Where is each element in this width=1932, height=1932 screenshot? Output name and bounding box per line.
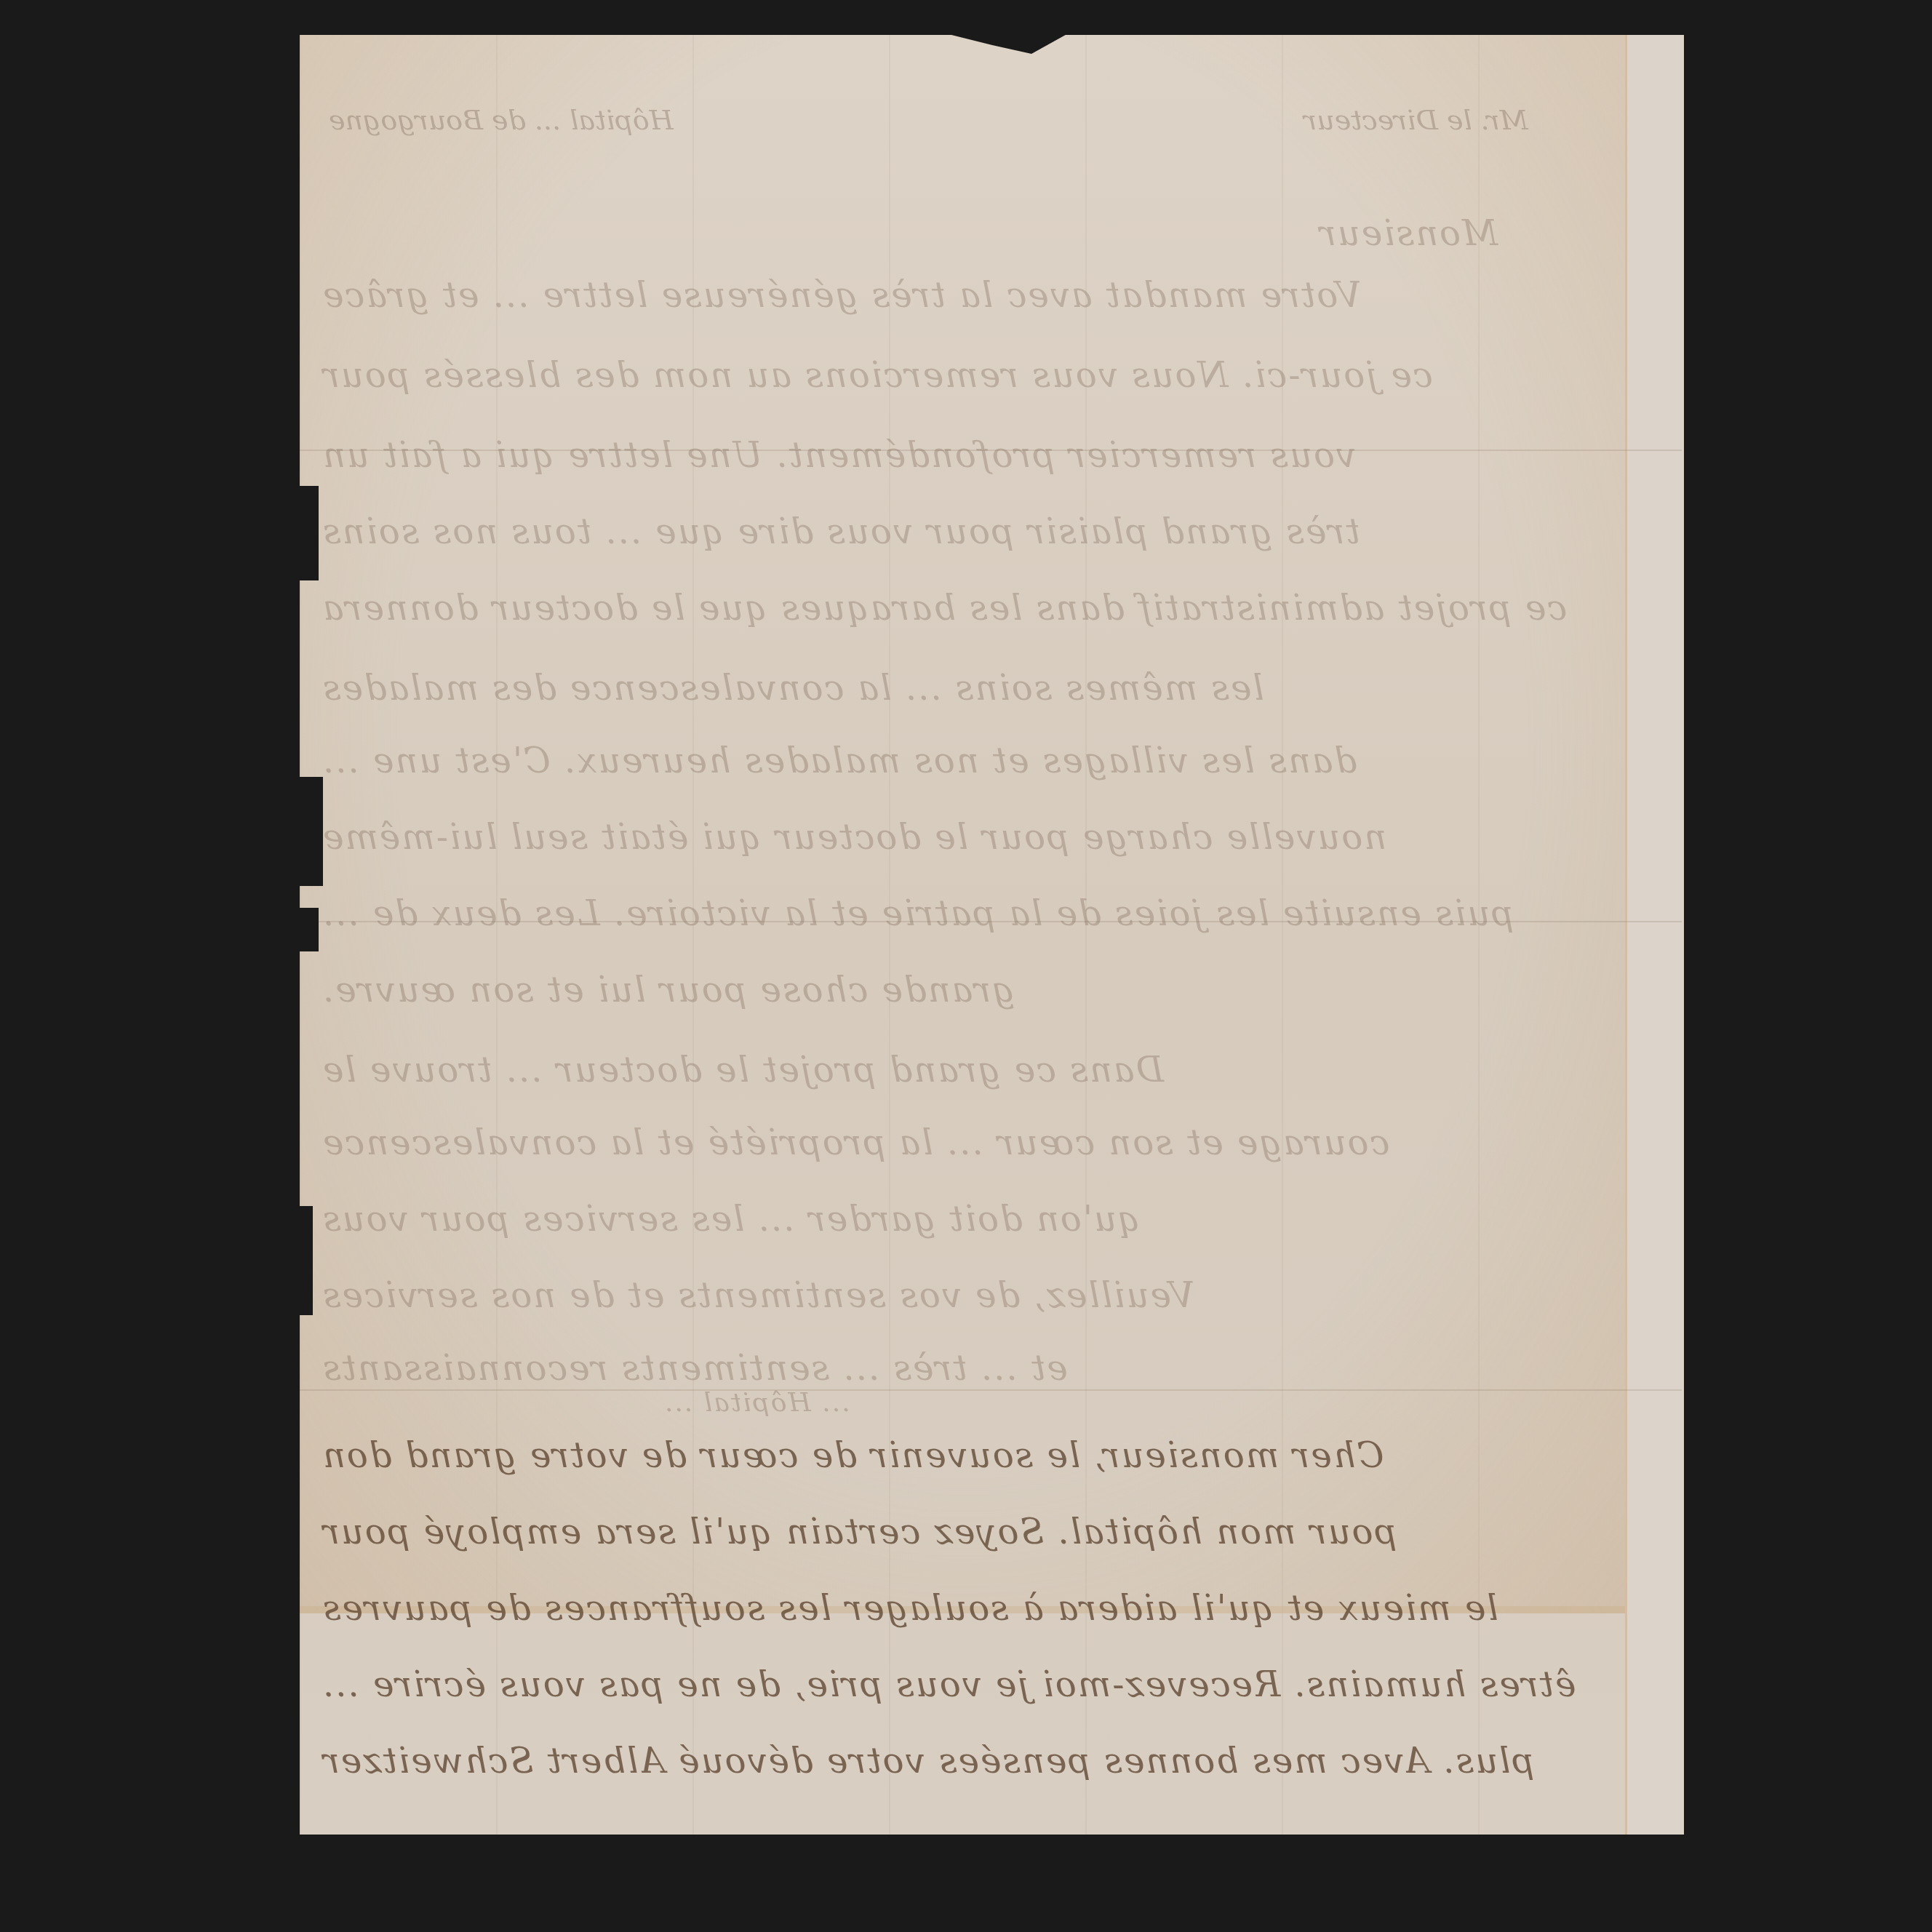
body-line: Veuillez, de vos sentiments et de nos se… [322,1275,1609,1316]
body-line: Votre mandat avec la très généreuse lett… [322,275,1609,316]
closing-line: Cher monsieur, le souvenir de cœur de vo… [322,1435,1609,1476]
letter-sheet: Hôpital ... de Bourgogne Mr. le Directeu… [300,35,1682,1835]
signature-line: plus. Avec mes bonnes pensées votre dévo… [322,1741,1609,1781]
body-line: grande chose pour lui et son œuvre. [322,970,1609,1010]
body-line: qu'on doit garder ... les services pour … [322,1199,1609,1240]
body-line: puis ensuite les joies de la patrie et l… [322,893,1609,934]
closing-line: pour mon hôpital. Soyez certain qu'il se… [322,1512,1609,1552]
body-line: ce projet administratif dans les baraque… [322,588,1609,628]
salutation: Monsieur [1318,213,1580,254]
body-line: très grand plaisir pour vous dire que ..… [322,511,1609,552]
closing-line: êtres humains. Recevez-moi je vous prie,… [322,1664,1609,1705]
body-line: vous remercier profondément. Une lettre … [322,435,1609,476]
body-line: courage et son cœur ... la propriété et … [322,1122,1609,1163]
body-line: nouvelle charge pour le docteur qui étai… [322,817,1609,858]
body-line: et ... très ... sentiments reconnaissant… [322,1348,1609,1389]
body-line: les mêmes soins ... la convalescence des… [322,668,1609,708]
body-line: ce jour-ci. Nous vous remercions au nom … [322,355,1609,396]
body-line: Dans ce grand projet le docteur ... trou… [322,1050,1609,1090]
letter-body: Monsieur Votre mandat avec la très génér… [300,35,1625,1835]
folded-edge-strip [1625,35,1684,1835]
closing-line: le mieux et qu'il aidera à soulager les … [322,1588,1609,1629]
body-line: ... Hôpital ... [663,1388,1245,1418]
body-line: dans les villages et nos malades heureux… [322,741,1609,781]
